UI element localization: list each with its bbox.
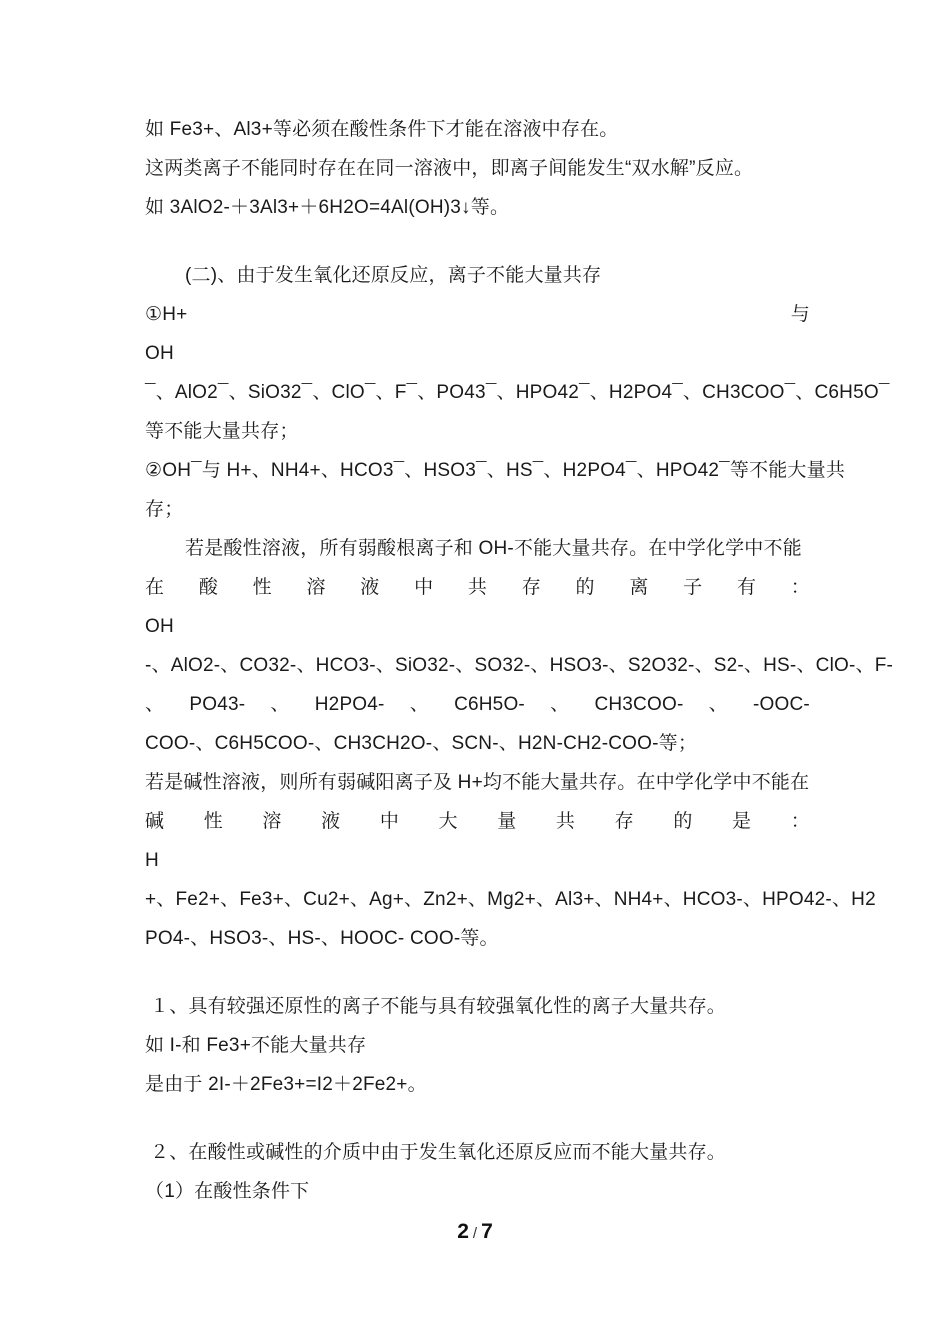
paragraph-gap bbox=[145, 227, 810, 256]
text-line: （1）在酸性条件下 bbox=[145, 1172, 810, 1211]
text-line: 这两类离子不能同时存在在同一溶液中，即离子间能发生“双水解”反应。 bbox=[145, 149, 810, 188]
text-segment: 、 bbox=[550, 685, 569, 724]
text-line: 等不能大量共存； bbox=[145, 412, 810, 451]
text-line: 如 3AlO2-＋3Al3+＋6H2O=4Al(OH)3↓等。 bbox=[145, 188, 810, 227]
text-segment: PO43- bbox=[189, 685, 245, 724]
text-line: 若是碱性溶液，则所有弱碱阳离子及 H+均不能大量共存。在中学化学中不能在 bbox=[145, 763, 810, 802]
text-segment: C6H5O- bbox=[454, 685, 525, 724]
page-number: 2/7 bbox=[0, 1220, 950, 1244]
text-line: PO4-、HSO3-、HS-、HOOC- COO-等。 bbox=[145, 919, 810, 958]
text-segment: 液 bbox=[360, 568, 379, 607]
text-line: 、PO43-、H2PO4-、C6H5O-、CH3COO-、-OOC- bbox=[145, 685, 810, 724]
text-segment: 是 bbox=[732, 802, 751, 841]
text-line: OH bbox=[145, 334, 810, 373]
text-line: ２、在酸性或碱性的介质中由于发生氧化还原反应而不能大量共存。 bbox=[145, 1133, 810, 1172]
text-segment: 共 bbox=[556, 802, 575, 841]
text-line: ②OH¯与 H+、NH4+、HCO3¯、HSO3¯、HS¯、H2PO4¯、HPO… bbox=[145, 451, 810, 490]
text-segment: 存 bbox=[615, 802, 634, 841]
text-line: 如 I-和 Fe3+不能大量共存 bbox=[145, 1026, 810, 1065]
text-segment: H2PO4- bbox=[315, 685, 385, 724]
text-segment: CH3COO- bbox=[594, 685, 683, 724]
text-line: H bbox=[145, 841, 810, 880]
text-segment: 共 bbox=[468, 568, 487, 607]
text-line: １、具有较强还原性的离子不能与具有较强氧化性的离子大量共存。 bbox=[145, 987, 810, 1026]
text-segment: 碱 bbox=[145, 802, 164, 841]
text-line: 碱性溶液中大量共存的是： bbox=[145, 802, 810, 841]
text-line: +、Fe2+、Fe3+、Cu2+、Ag+、Zn2+、Mg2+、Al3+、NH4+… bbox=[145, 880, 810, 919]
text-line: 在酸性溶液中共存的离子有： bbox=[145, 568, 810, 607]
text-segment: 大 bbox=[439, 802, 458, 841]
text-segment: 性 bbox=[253, 568, 272, 607]
page-number-separator: / bbox=[473, 1225, 477, 1242]
text-segment: 与 bbox=[791, 295, 810, 334]
text-segment: 中 bbox=[414, 568, 433, 607]
text-line: 是由于 2I-＋2Fe3+=I2＋2Fe2+。 bbox=[145, 1065, 810, 1104]
total-page-count: 7 bbox=[481, 1220, 493, 1243]
text-segment: 、 bbox=[410, 685, 429, 724]
text-segment: 、 bbox=[145, 685, 164, 724]
text-segment: 量 bbox=[497, 802, 516, 841]
text-segment: 溶 bbox=[306, 568, 325, 607]
text-line: -、AlO2-、CO32-、HCO3-、SiO32-、SO32-、HSO3-、S… bbox=[145, 646, 810, 685]
text-line: (二)、由于发生氧化还原反应，离子不能大量共存 bbox=[145, 256, 810, 295]
text-segment: 子 bbox=[683, 568, 702, 607]
text-segment: 、 bbox=[709, 685, 728, 724]
document-page: 如 Fe3+、Al3+等必须在酸性条件下才能在溶液中存在。这两类离子不能同时存在… bbox=[0, 0, 950, 1344]
text-line: 存； bbox=[145, 490, 810, 529]
paragraph-gap bbox=[145, 1104, 810, 1133]
text-segment: 的 bbox=[673, 802, 692, 841]
text-line: 若是酸性溶液，所有弱酸根离子和 OH-不能大量共存。在中学化学中不能 bbox=[145, 529, 810, 568]
text-segment: 在 bbox=[145, 568, 164, 607]
text-segment: 性 bbox=[204, 802, 223, 841]
text-segment: ： bbox=[791, 802, 810, 841]
text-segment: 酸 bbox=[199, 568, 218, 607]
text-line: 如 Fe3+、Al3+等必须在酸性条件下才能在溶液中存在。 bbox=[145, 110, 810, 149]
text-segment: 中 bbox=[380, 802, 399, 841]
text-line: ¯、AlO2¯、SiO32¯、ClO¯、F¯、PO43¯、HPO42¯、H2PO… bbox=[145, 373, 810, 412]
text-segment: 液 bbox=[321, 802, 340, 841]
text-segment: ： bbox=[791, 568, 810, 607]
text-segment: 有 bbox=[737, 568, 756, 607]
text-segment: 的 bbox=[576, 568, 595, 607]
text-segment: -OOC- bbox=[753, 685, 810, 724]
paragraph-gap bbox=[145, 958, 810, 987]
text-segment: 存 bbox=[522, 568, 541, 607]
text-segment: 、 bbox=[270, 685, 289, 724]
text-segment: 溶 bbox=[262, 802, 281, 841]
text-segment: 离 bbox=[629, 568, 648, 607]
text-line: COO-、C6H5COO-、CH3CH2O-、SCN-、H2N-CH2-COO-… bbox=[145, 724, 810, 763]
current-page-number: 2 bbox=[457, 1220, 469, 1243]
text-segment: ①H+ bbox=[145, 295, 187, 334]
document-body: 如 Fe3+、Al3+等必须在酸性条件下才能在溶液中存在。这两类离子不能同时存在… bbox=[145, 110, 810, 1211]
text-line: OH bbox=[145, 607, 810, 646]
text-line: ①H+与 bbox=[145, 295, 810, 334]
